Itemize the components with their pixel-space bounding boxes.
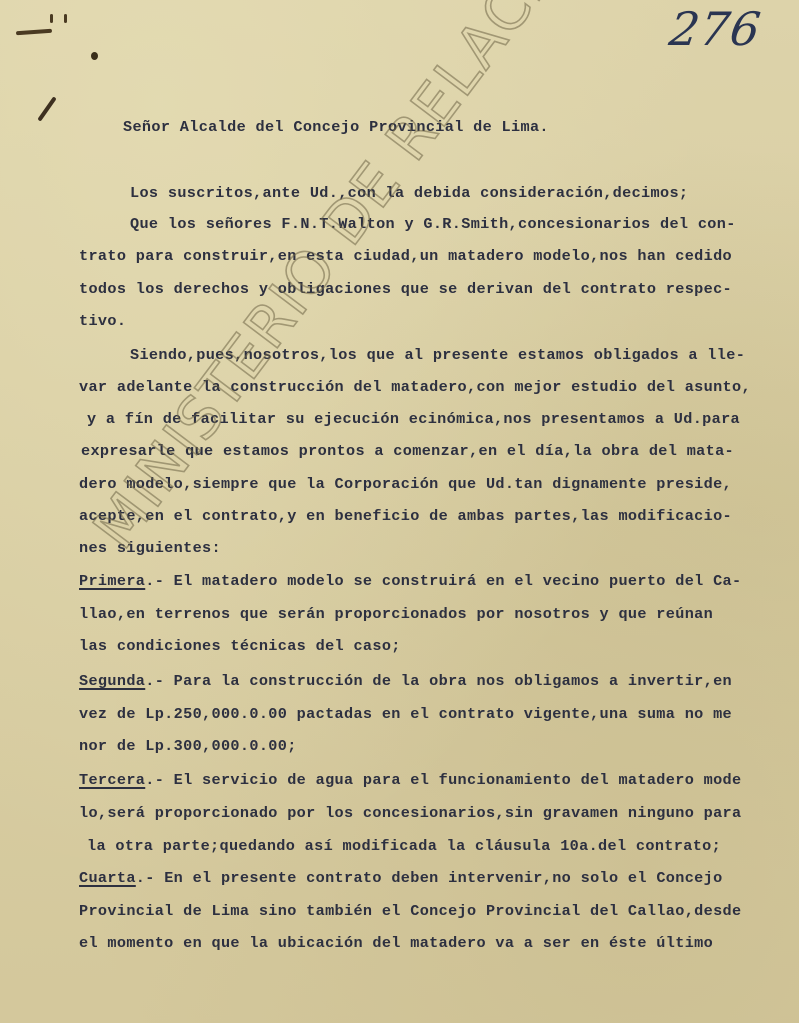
- body-line: las condiciones técnicas del caso;: [79, 636, 401, 656]
- folio-number: 276: [666, 2, 764, 56]
- ink-stain: [91, 52, 98, 60]
- body-line: llao,en terrenos que serán proporcionado…: [79, 604, 713, 624]
- clause-tercera: Tercera.- El servicio de agua para el fu…: [79, 770, 741, 790]
- body-line: lo,será proporcionado por los concesiona…: [79, 803, 741, 823]
- ink-stain: [64, 14, 67, 23]
- document-page: 276 Señor Alcalde del Concejo Provincial…: [0, 0, 799, 1023]
- clause-text: .- Para la construcción de la obra nos o…: [145, 672, 732, 690]
- body-line: Siendo,pues,nosotros,los que al presente…: [130, 345, 745, 365]
- clause-text: .- En el presente contrato deben interve…: [136, 869, 723, 887]
- body-line: tivo.: [79, 311, 126, 331]
- ink-stain: [37, 96, 56, 121]
- body-line: acepte,en el contrato,y en beneficio de …: [79, 506, 732, 526]
- clause-cuarta: Cuarta.- En el presente contrato deben i…: [79, 868, 723, 888]
- body-line: Los suscritos,ante Ud.,con la debida con…: [130, 183, 688, 203]
- body-line: expresarle que estamos prontos a comenza…: [81, 441, 734, 461]
- body-line: nes siguientes:: [79, 538, 221, 558]
- body-line: nor de Lp.300,000.0.00;: [79, 736, 297, 756]
- clause-text: .- El servicio de agua para el funcionam…: [145, 771, 741, 789]
- clause-primera: Primera.- El matadero modelo se construi…: [79, 571, 741, 591]
- clause-segunda: Segunda.- Para la construcción de la obr…: [79, 671, 732, 691]
- clause-label: Tercera: [79, 771, 145, 789]
- body-line: var adelante la construcción del matader…: [79, 377, 751, 397]
- clause-label: Cuarta: [79, 869, 136, 887]
- body-line: vez de Lp.250,000.0.00 pactadas en el co…: [79, 704, 732, 724]
- body-line: la otra parte;quedando así modificada la…: [87, 836, 721, 856]
- body-line: el momento en que la ubicación del matad…: [79, 933, 713, 953]
- clause-text: .- El matadero modelo se construirá en e…: [145, 572, 741, 590]
- body-line: dero modelo,siempre que la Corporación q…: [79, 474, 732, 494]
- clause-label: Primera: [79, 572, 145, 590]
- body-line: Que los señores F.N.T.Walton y G.R.Smith…: [130, 214, 736, 234]
- body-line: todos los derechos y obligaciones que se…: [79, 279, 732, 299]
- ink-stain: [50, 14, 53, 23]
- body-line: Provincial de Lima sino también el Conce…: [79, 901, 741, 921]
- body-line: trato para construir,en esta ciudad,un m…: [79, 246, 732, 266]
- ink-stain: [16, 29, 52, 36]
- salutation: Señor Alcalde del Concejo Provincial de …: [123, 117, 549, 137]
- body-line: y a fín de facilitar su ejecución ecinóm…: [87, 409, 740, 429]
- clause-label: Segunda: [79, 672, 145, 690]
